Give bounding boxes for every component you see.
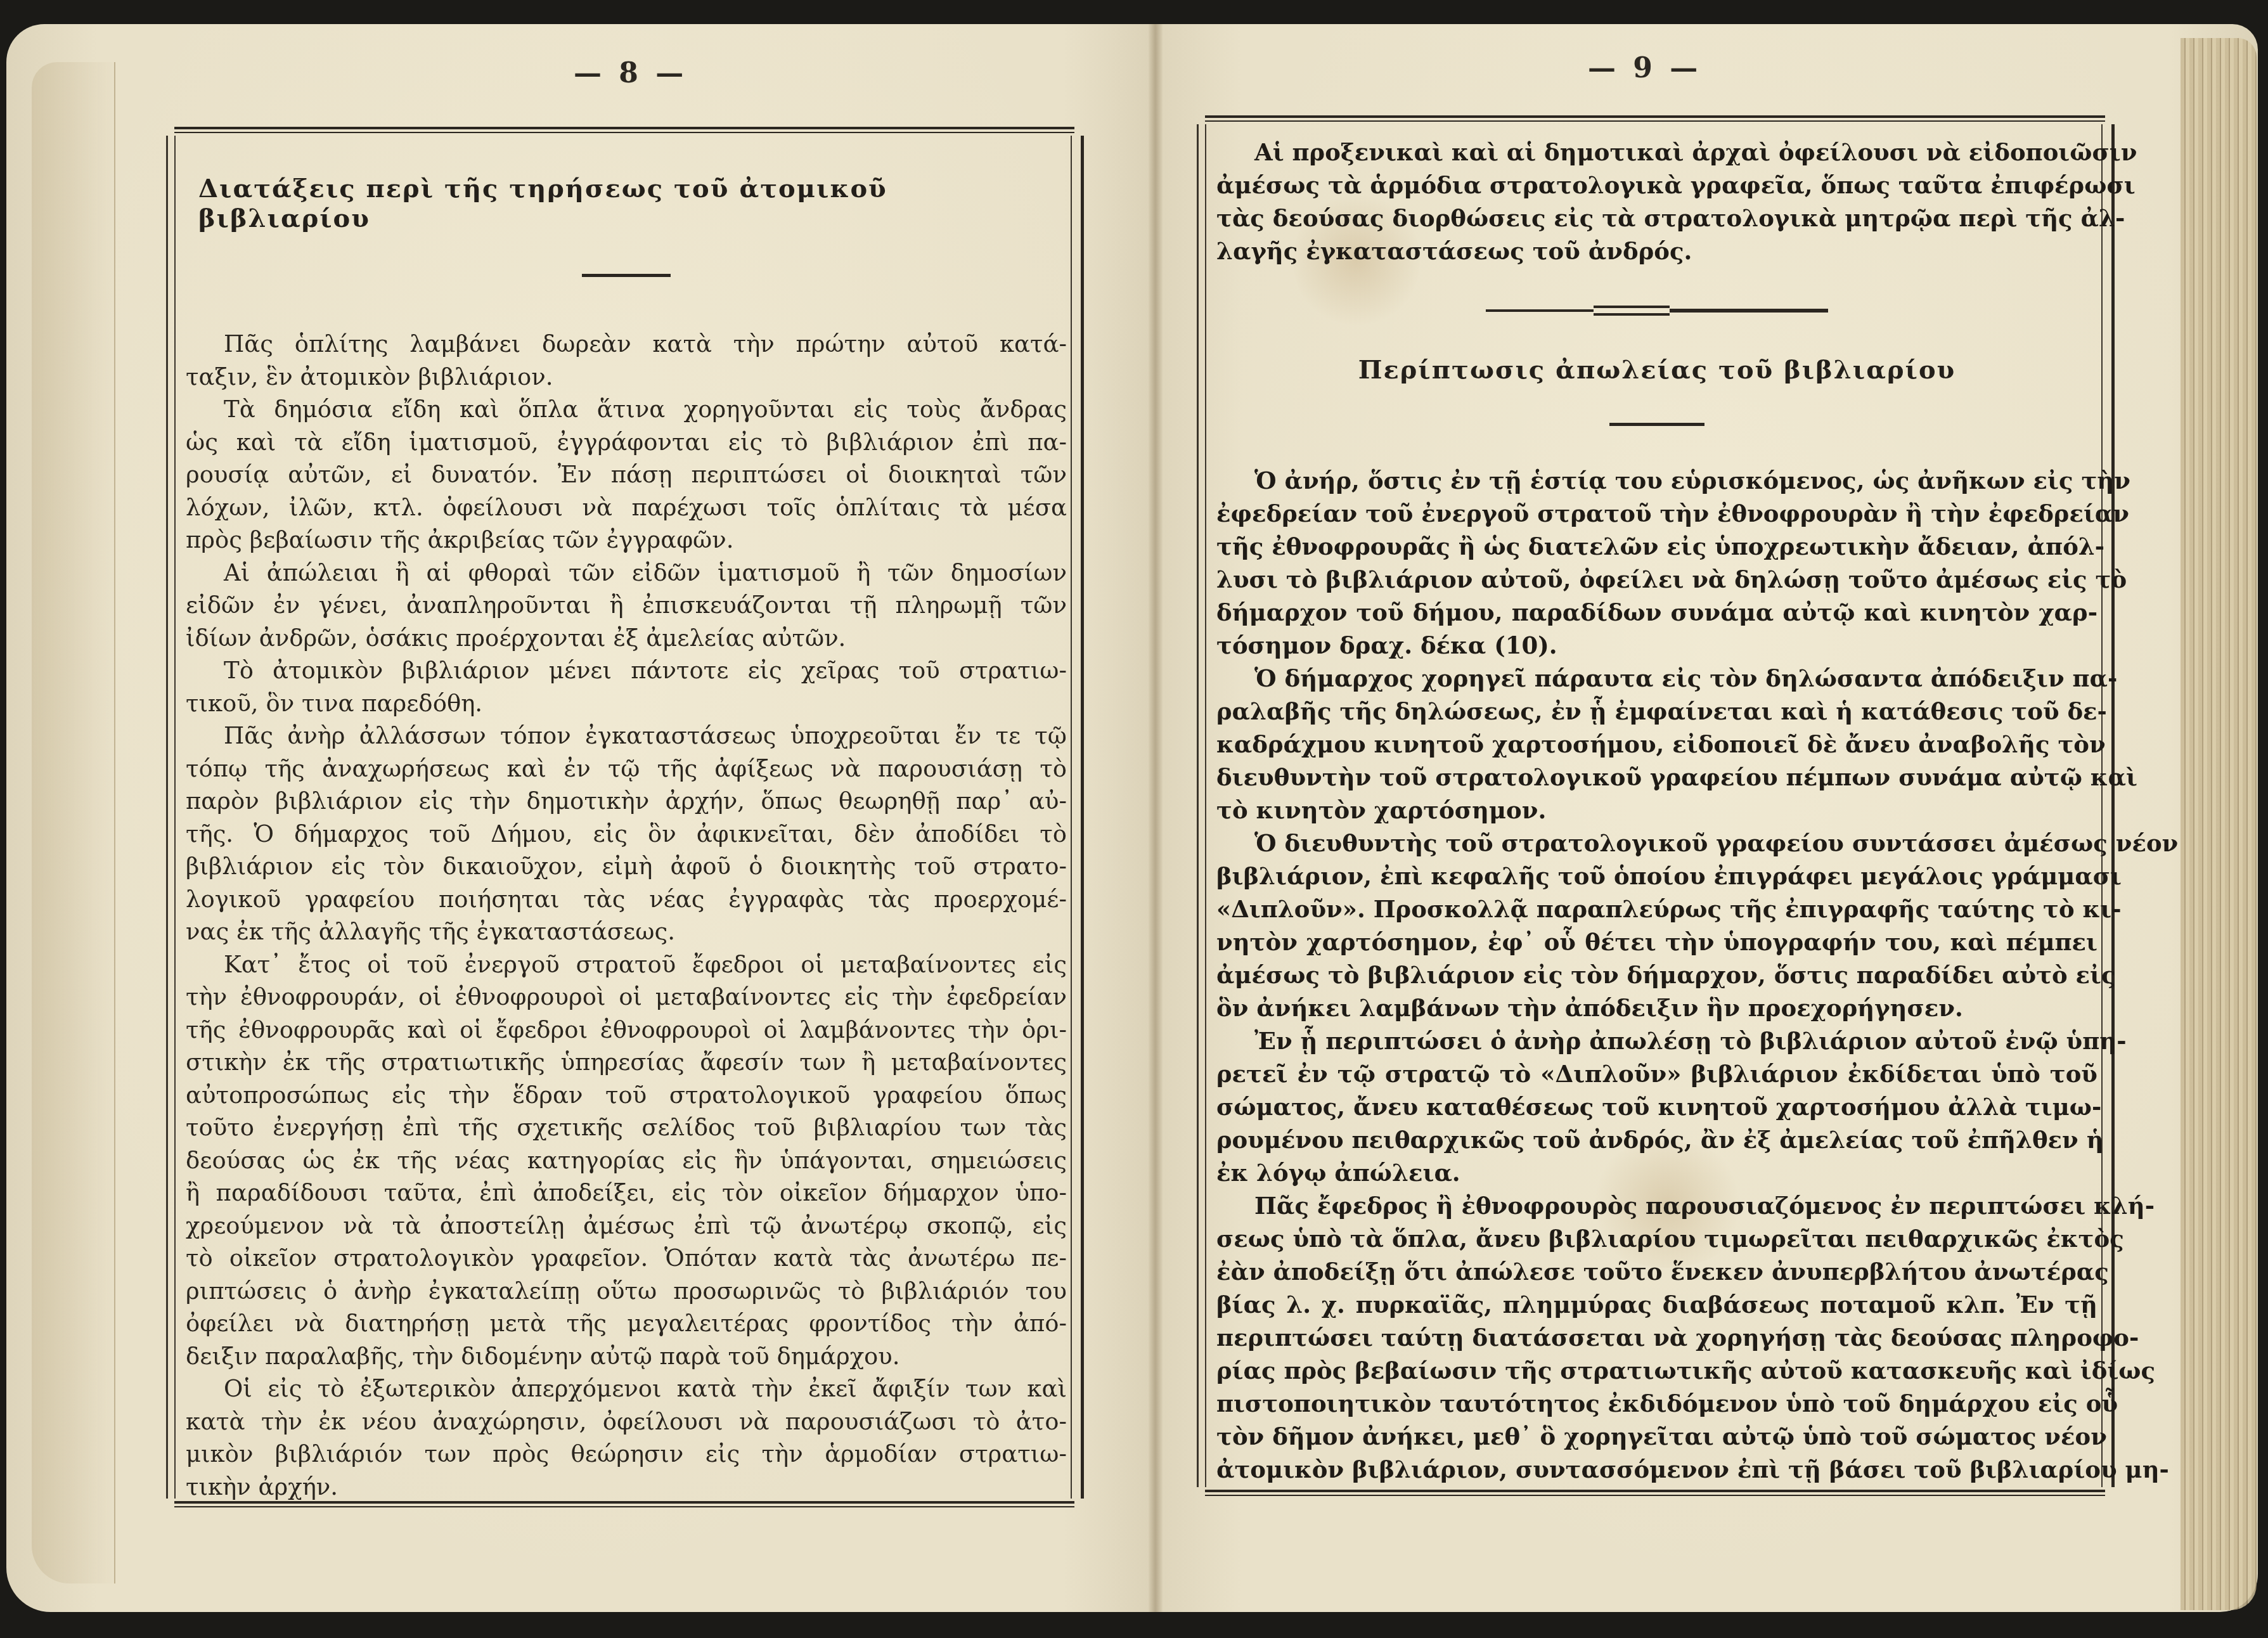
text-line: Τὸ ἀτομικὸν βιβλιάριον μένει πάντοτε εἰς… [186,654,1067,687]
page-number-right: — 9 — [1588,52,1701,84]
text-line: κατὰ τὴν ἐκ νέου ἀναχώρησιν, ὀφείλουσι ν… [186,1405,1067,1438]
left-page-content: Διατάξεις περὶ τῆς τηρήσεως τοῦ ἀτομικοῦ… [186,174,1067,1503]
divider-line [1670,309,1828,313]
title-rule [1609,423,1704,426]
text-line: τόπῳ τῆς ἀναχωρήσεως καὶ ἐν τῷ τῆς ἀφίξε… [186,752,1067,785]
text-line: ἀτομικὸν βιβλιάριον, συντασσόμενον ἐπὶ τ… [1216,1453,2097,1486]
text-line: βίας λ. χ. πυρκαϊᾶς, πλημμύρας διαβάσεως… [1216,1288,2097,1321]
text-line: εἰδῶν ἐν γένει, ἀναπληροῦνται ἢ ἐπισκευά… [186,589,1067,622]
text-line: ραλαβῆς τῆς δηλώσεως, ἐν ᾗ ἐμφαίνεται κα… [1216,695,2097,728]
text-line: ἀμέσως τὰ ἁρμόδια στρατολογικὰ γραφεῖα, … [1216,169,2097,202]
text-line: «Διπλοῦν». Προσκολλᾷ παραπλεύρως τῆς ἐπι… [1216,893,2097,925]
left-paragraphs: Πᾶς ὁπλίτης λαμβάνει δωρεὰν κατὰ τὴν πρώ… [186,328,1067,1503]
text-line: ὀφείλει νὰ διατηρήσῃ μετὰ τῆς μεγαλειτέρ… [186,1307,1067,1340]
paragraph: Αἱ ἀπώλειαι ἢ αἱ φθοραὶ τῶν εἰδῶν ἱματισ… [186,557,1067,655]
right-paragraphs: Ὁ ἀνήρ, ὅστις ἐν τῇ ἑστίᾳ του εὑρισκόμεν… [1216,464,2097,1486]
text-line: τῆς ἐθνοφρουρᾶς καὶ οἱ ἔφεδροι ἐθνοφρουρ… [186,1014,1067,1047]
text-line: αὐτοπροσώπως εἰς τὴν ἕδραν τοῦ στρατολογ… [186,1079,1067,1112]
paragraph: Τὰ δημόσια εἴδη καὶ ὅπλα ἅτινα χορηγοῦντ… [186,393,1067,557]
page-fold-decoration [32,62,115,1583]
divider-double-line [1594,306,1670,316]
text-line: Αἱ ἀπώλειαι ἢ αἱ φθοραὶ τῶν εἰδῶν ἱματισ… [186,557,1067,590]
text-line: Ἐν ᾗ περιπτώσει ὁ ἀνὴρ ἀπωλέσῃ τὸ βιβλιά… [1216,1024,2097,1057]
text-line: Πᾶς ἔφεδρος ἢ ἐθνοφρουρὸς παρουσιαζόμενο… [1216,1189,2097,1222]
text-line: ρουμένου πειθαρχικῶς τοῦ ἀνδρός, ἂν ἐξ ἀ… [1216,1123,2097,1156]
text-line: παρὸν βιβλιάριον εἰς τὴν δημοτικὴν ἀρχήν… [186,785,1067,818]
text-line: ρουσίᾳ αὐτῶν, εἰ δυνατόν. Ἐν πάσῃ περιπτ… [186,458,1067,491]
section-title-left: Διατάξεις περὶ τῆς τηρήσεως τοῦ ἀτομικοῦ… [186,174,1067,233]
text-line: χρεούμενον νὰ τὰ ἀποστείλῃ ἀμέσως ἐπὶ τῷ… [186,1209,1067,1242]
text-line: ἐκ λόγῳ ἀπώλεια. [1216,1156,2097,1189]
paragraph: Τὸ ἀτομικὸν βιβλιάριον μένει πάντοτε εἰς… [186,654,1067,719]
text-line: Ὁ ἀνήρ, ὅστις ἐν τῇ ἑστίᾳ του εὑρισκόμεν… [1216,464,2097,497]
paragraph: Οἱ εἰς τὸ ἐξωτερικὸν ἀπερχόμενοι κατὰ τὴ… [186,1372,1067,1503]
text-line: Ὁ δήμαρχος χορηγεῖ πάραυτα εἰς τὸν δηλώσ… [1216,662,2097,695]
right-text-frame: Αἱ προξενικαὶ καὶ αἱ δημοτικαὶ ἀρχαὶ ὀφε… [1197,124,2115,1487]
text-line: τοῦτο ἐνεργήσῃ ἐπὶ τῆς σχετικῆς σελίδος … [186,1111,1067,1144]
text-line: σώματος, ἄνευ καταθέσεως τοῦ κινητοῦ χαρ… [1216,1090,2097,1123]
text-line: Πᾶς ὁπλίτης λαμβάνει δωρεὰν κατὰ τὴν πρώ… [186,328,1067,361]
section-title-right: Περίπτωσις ἀπωλείας τοῦ βιβλιαρίου [1216,355,2097,385]
text-line: ρίας πρὸς βεβαίωσιν τῆς στρατιωτικῆς αὐτ… [1216,1354,2097,1387]
text-line: τῆς. Ὁ δήμαρχος τοῦ Δήμου, εἰς ὃν ἀφικνε… [186,818,1067,851]
paragraph: Ὁ ἀνήρ, ὅστις ἐν τῇ ἑστίᾳ του εὑρισκόμεν… [1216,464,2097,662]
text-line: καδράχμου κινητοῦ χαρτοσήμου, εἰδοποιεῖ … [1216,728,2097,761]
paragraph: Ὁ διευθυντὴς τοῦ στρατολογικοῦ γραφείου … [1216,827,2097,1024]
paragraph: Πᾶς ἀνὴρ ἀλλάσσων τόπον ἐγκαταστάσεως ὑπ… [186,719,1067,948]
text-line: ἐφεδρείαν τοῦ ἐνεργοῦ στρατοῦ τὴν ἐθνοφρ… [1216,497,2097,530]
page-number-left: — 8 — [574,57,687,89]
text-line: τὸ οἰκεῖον στρατολογικὸν γραφεῖον. Ὁπότα… [186,1242,1067,1275]
text-line: δεούσας ὡς ἐκ τῆς νέας κατηγορίας εἰς ἣν… [186,1144,1067,1177]
section-divider-ornament [1216,306,2097,316]
text-line: βιβλιάριον εἰς τὸν δικαιοῦχον, εἰμὴ ἀφοῦ… [186,850,1067,883]
text-line: λόχων, ἰλῶν, κτλ. ὀφείλουσι νὰ παρέχωσι … [186,491,1067,524]
text-line: στικὴν ἐκ τῆς στρατιωτικῆς ὑπηρεσίας ἄφε… [186,1046,1067,1079]
text-line: ὃν ἀνήκει λαμβάνων τὴν ἀπόδειξιν ἣν προε… [1216,991,2097,1024]
text-line: Πᾶς ἀνὴρ ἀλλάσσων τόπον ἐγκαταστάσεως ὑπ… [186,719,1067,752]
text-line: σεως ὑπὸ τὰ ὅπλα, ἄνευ βιβλιαρίου τιμωρε… [1216,1222,2097,1255]
text-line: ἐὰν ἀποδείξῃ ὅτι ἀπώλεσε τοῦτο ἕνεκεν ἀν… [1216,1255,2097,1288]
text-line: βιβλιάριον, ἐπὶ κεφαλῆς τοῦ ὁποίου ἐπιγρ… [1216,860,2097,893]
text-line: τὴν ἐθνοφρουράν, οἱ ἐθνοφρουροὶ οἱ μεταβ… [186,981,1067,1014]
text-line: πρὸς βεβαίωσιν τῆς ἀκριβείας τῶν ἐγγραφῶ… [186,524,1067,557]
text-line: τῆς ἐθνοφρουρᾶς ἢ ὡς διατελῶν εἰς ὑποχρε… [1216,530,2097,563]
text-line: νας ἐκ τῆς ἀλλαγῆς τῆς ἐγκαταστάσεως. [186,915,1067,948]
text-line: ἢ παραδίδουσι ταῦτα, ἐπὶ ἀποδείξει, εἰς … [186,1177,1067,1209]
text-line: ταξιν, ἓν ἀτομικὸν βιβλιάριον. [186,361,1067,394]
text-line: περιπτώσει ταύτῃ διατάσσεται νὰ χορηγήσῃ… [1216,1321,2097,1354]
text-line: τὰς δεούσας διορθώσεις εἰς τὰ στρατολογι… [1216,202,2097,235]
paragraph: Πᾶς ὁπλίτης λαμβάνει δωρεὰν κατὰ τὴν πρώ… [186,328,1067,393]
text-line: μικὸν βιβλιάριόν των πρὸς θεώρησιν εἰς τ… [186,1438,1067,1471]
text-line: ἰδίων ἀνδρῶν, ὁσάκις προέρχονται ἐξ ἀμελ… [186,622,1067,655]
text-line: δειξιν παραλαβῆς, τὴν διδομένην αὐτῷ παρ… [186,1340,1067,1373]
text-line: ἀμέσως τὸ βιβλιάριον εἰς τὸν δήμαρχον, ὅ… [1216,958,2097,991]
book-gutter [1149,24,1163,1612]
divider-line [1486,309,1594,312]
text-line: δήμαρχον τοῦ δήμου, παραδίδων συνάμα αὐτ… [1216,596,2097,629]
text-line: Αἱ προξενικαὶ καὶ αἱ δημοτικαὶ ἀρχαὶ ὀφε… [1216,136,2097,169]
text-line: πιστοποιητικὸν ταυτότητος ἐκδιδόμενον ὑπ… [1216,1387,2097,1420]
text-line: Ὁ διευθυντὴς τοῦ στρατολογικοῦ γραφείου … [1216,827,2097,860]
page-edges-decoration [2181,38,2257,1610]
text-line: Κατ᾽ ἔτος οἱ τοῦ ἐνεργοῦ στρατοῦ ἔφεδροι… [186,948,1067,981]
intro-paragraph: Αἱ προξενικαὶ καὶ αἱ δημοτικαὶ ἀρχαὶ ὀφε… [1216,136,2097,268]
paragraph: Πᾶς ἔφεδρος ἢ ἐθνοφρουρὸς παρουσιαζόμενο… [1216,1189,2097,1486]
text-line: διευθυντὴν τοῦ στρατολογικοῦ γραφείου πέ… [1216,761,2097,794]
text-line: λογικοῦ γραφείου ποιήσηται τὰς νέας ἐγγρ… [186,883,1067,916]
text-line: ὡς καὶ τὰ εἴδη ἱματισμοῦ, ἐγγράφονται εἰ… [186,426,1067,459]
text-line: Οἱ εἰς τὸ ἐξωτερικὸν ἀπερχόμενοι κατὰ τὴ… [186,1372,1067,1405]
text-line: τὸν δῆμον ἀνήκει, μεθ᾽ ὃ χορηγεῖται αὐτῷ… [1216,1420,2097,1453]
paragraph: Αἱ προξενικαὶ καὶ αἱ δημοτικαὶ ἀρχαὶ ὀφε… [1216,136,2097,268]
paragraph: Ἐν ᾗ περιπτώσει ὁ ἀνὴρ ἀπωλέσῃ τὸ βιβλιά… [1216,1024,2097,1189]
title-rule [582,274,671,277]
left-text-frame: Διατάξεις περὶ τῆς τηρήσεως τοῦ ἀτομικοῦ… [166,136,1084,1499]
text-line: τόσημον δραχ. δέκα (10). [1216,629,2097,662]
paragraph: Κατ᾽ ἔτος οἱ τοῦ ἐνεργοῦ στρατοῦ ἔφεδροι… [186,948,1067,1373]
text-line: τικοῦ, ὃν τινα παρεδόθη. [186,687,1067,720]
text-line: ριπτώσεις ὁ ἀνὴρ ἐγκαταλείπῃ οὕτω προσωρ… [186,1275,1067,1308]
text-line: τὸ κινητὸν χαρτόσημον. [1216,794,2097,827]
text-line: ρετεῖ ἐν τῷ στρατῷ τὸ «Διπλοῦν» βιβλιάρι… [1216,1057,2097,1090]
paragraph: Ὁ δήμαρχος χορηγεῖ πάραυτα εἰς τὸν δηλώσ… [1216,662,2097,827]
text-line: λυσι τὸ βιβλιάριον αὐτοῦ, ὀφείλει νὰ δηλ… [1216,563,2097,596]
text-line: λαγῆς ἐγκαταστάσεως τοῦ ἀνδρός. [1216,235,2097,268]
text-line: Τὰ δημόσια εἴδη καὶ ὅπλα ἅτινα χορηγοῦντ… [186,393,1067,426]
right-page-content: Αἱ προξενικαὶ καὶ αἱ δημοτικαὶ ἀρχαὶ ὀφε… [1216,136,2097,1486]
text-line: τικὴν ἀρχήν. [186,1471,1067,1504]
text-line: νητὸν χαρτόσημον, ἐφ᾽ οὗ θέτει τὴν ὑπογρ… [1216,925,2097,958]
